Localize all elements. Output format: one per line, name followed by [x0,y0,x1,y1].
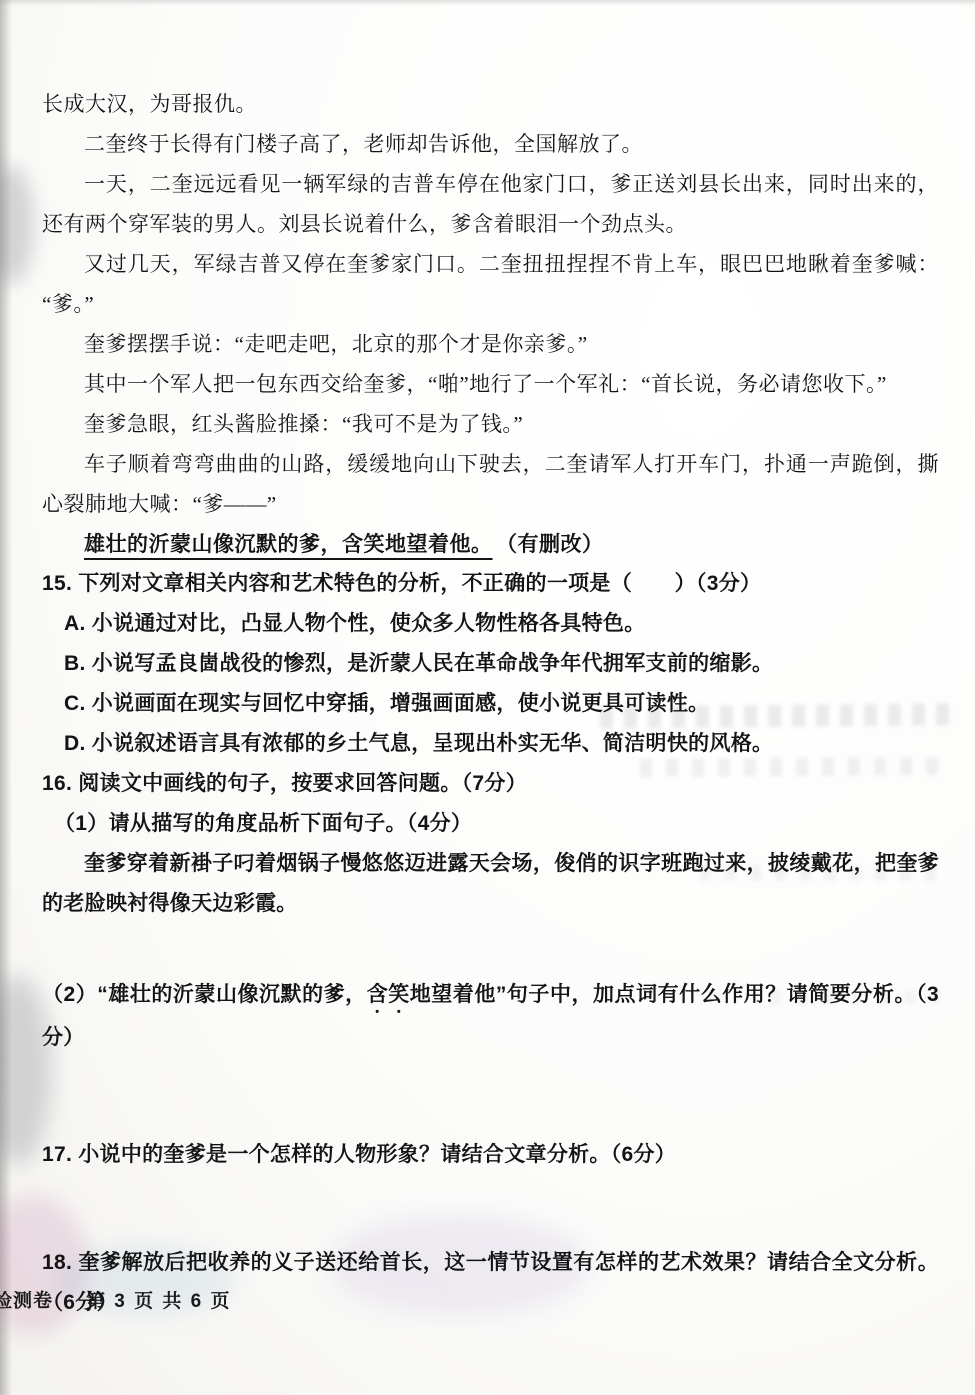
question-16-number: 16. [42,772,72,795]
story-closing-line: 雄壮的沂蒙山像沉默的爹，含笑地望着他。（有删改） [42,524,939,564]
story-paragraph: 一天，二奎远远看见一辆军绿的吉普车停在他家门口，爹正送刘县长出来，同时出来的，还… [42,164,939,244]
question-15-option-a: A. 小说通过对比，凸显人物个性，使众多人物性格各具特色。 [42,604,939,644]
question-15-option-b: B. 小说写孟良崮战役的惨烈，是沂蒙人民在革命战争年代拥军支前的缩影。 [42,644,939,684]
question-18-number: 18. [42,1251,72,1274]
question-15-option-c: C. 小说画面在现实与回忆中穿插，增强画面感，使小说更具可读性。 [42,684,939,724]
story-paragraph: 又过几天，军绿吉普又停在奎爹家门口。二奎扭扭捏捏不肯上车，眼巴巴地瞅着奎爹喊：“… [42,244,939,324]
story-paragraph: 二奎终于长得有门楼子高了，老师却告诉他，全国解放了。 [42,124,939,164]
emphasized-word: 含笑 [367,983,410,1006]
footer-page-indicator: 第 3 页 共 6 页 [86,1286,232,1313]
question-15: 15. 下列对文章相关内容和艺术特色的分析，不正确的一项是（ ）（3分） [42,564,939,604]
question-15-stem: 下列对文章相关内容和艺术特色的分析，不正确的一项是（ ）（3分） [78,572,761,595]
page-content: 长成大汉，为哥报仇。 二奎终于长得有门楼子高了，老师却告诉他，全国解放了。 一天… [42,84,939,1323]
story-paragraph: 奎爹摆摆手说：“走吧走吧，北京的那个才是你亲爹。” [42,324,939,364]
question-17: 17. 小说中的奎爹是一个怎样的人物形象？请结合文章分析。（6分） [42,1135,939,1175]
question-15-option-d: D. 小说叙述语言具有浓郁的乡土气息，呈现出朴实无华、简洁明快的风格。 [42,724,939,764]
question-16-sub2-label: （2） [42,983,97,1006]
underlined-sentence: 雄壮的沂蒙山像沉默的爹，含笑地望着他。 [84,532,493,556]
source-note: （有删改） [493,532,604,556]
story-paragraph: 车子顺着弯弯曲曲的山路，缓缓地向山下驶去，二奎请军人打开车门，扑通一声跪倒，撕心… [42,444,939,524]
scanned-exam-page: 长成大汉，为哥报仇。 二奎终于长得有门楼子高了，老师却告诉他，全国解放了。 一天… [0,0,975,1395]
scan-edge-shadow [0,0,12,1395]
footer-booklet-label: 检测卷 [0,1285,53,1313]
question-16-stem: 阅读文中画线的句子，按要求回答问题。（7分） [78,772,527,795]
story-paragraph: 奎爹急眼，红头酱脸推搡：“我可不是为了钱。” [42,404,939,444]
question-17-number: 17. [42,1143,72,1166]
question-16-sub1: （1）请从描写的角度品析下面句子。（4分） [42,804,939,844]
question-16-sub1-text: 请从描写的角度品析下面句子。（4分） [109,812,473,835]
question-16-sub1-quote: 奎爹穿着新褂子叼着烟锅子慢悠悠迈进露天会场，俊俏的识字班跑过来，披绫戴花，把奎爹… [42,844,939,924]
question-16-sub2: （2）“雄壮的沂蒙山像沉默的爹，含笑地望着他”句子中，加点词有什么作用？请简要分… [42,975,939,1058]
story-paragraph: 其中一个军人把一包东西交给奎爹，“啪”地行了一个军礼：“首长说，务必请您收下。” [42,364,939,404]
question-17-stem: 小说中的奎爹是一个怎样的人物形象？请结合文章分析。（6分） [78,1143,676,1166]
question-16-sub1-label: （1） [54,812,109,835]
question-15-number: 15. [42,572,72,595]
story-continuation-line: 长成大汉，为哥报仇。 [42,84,939,124]
question-16-sub2-quote-after: 地望着他” [410,983,507,1006]
scan-edge-shadow-top [0,0,975,6]
question-16: 16. 阅读文中画线的句子，按要求回答问题。（7分） [42,764,939,804]
question-16-sub2-quote-before: “雄壮的沂蒙山像沉默的爹， [97,983,366,1006]
